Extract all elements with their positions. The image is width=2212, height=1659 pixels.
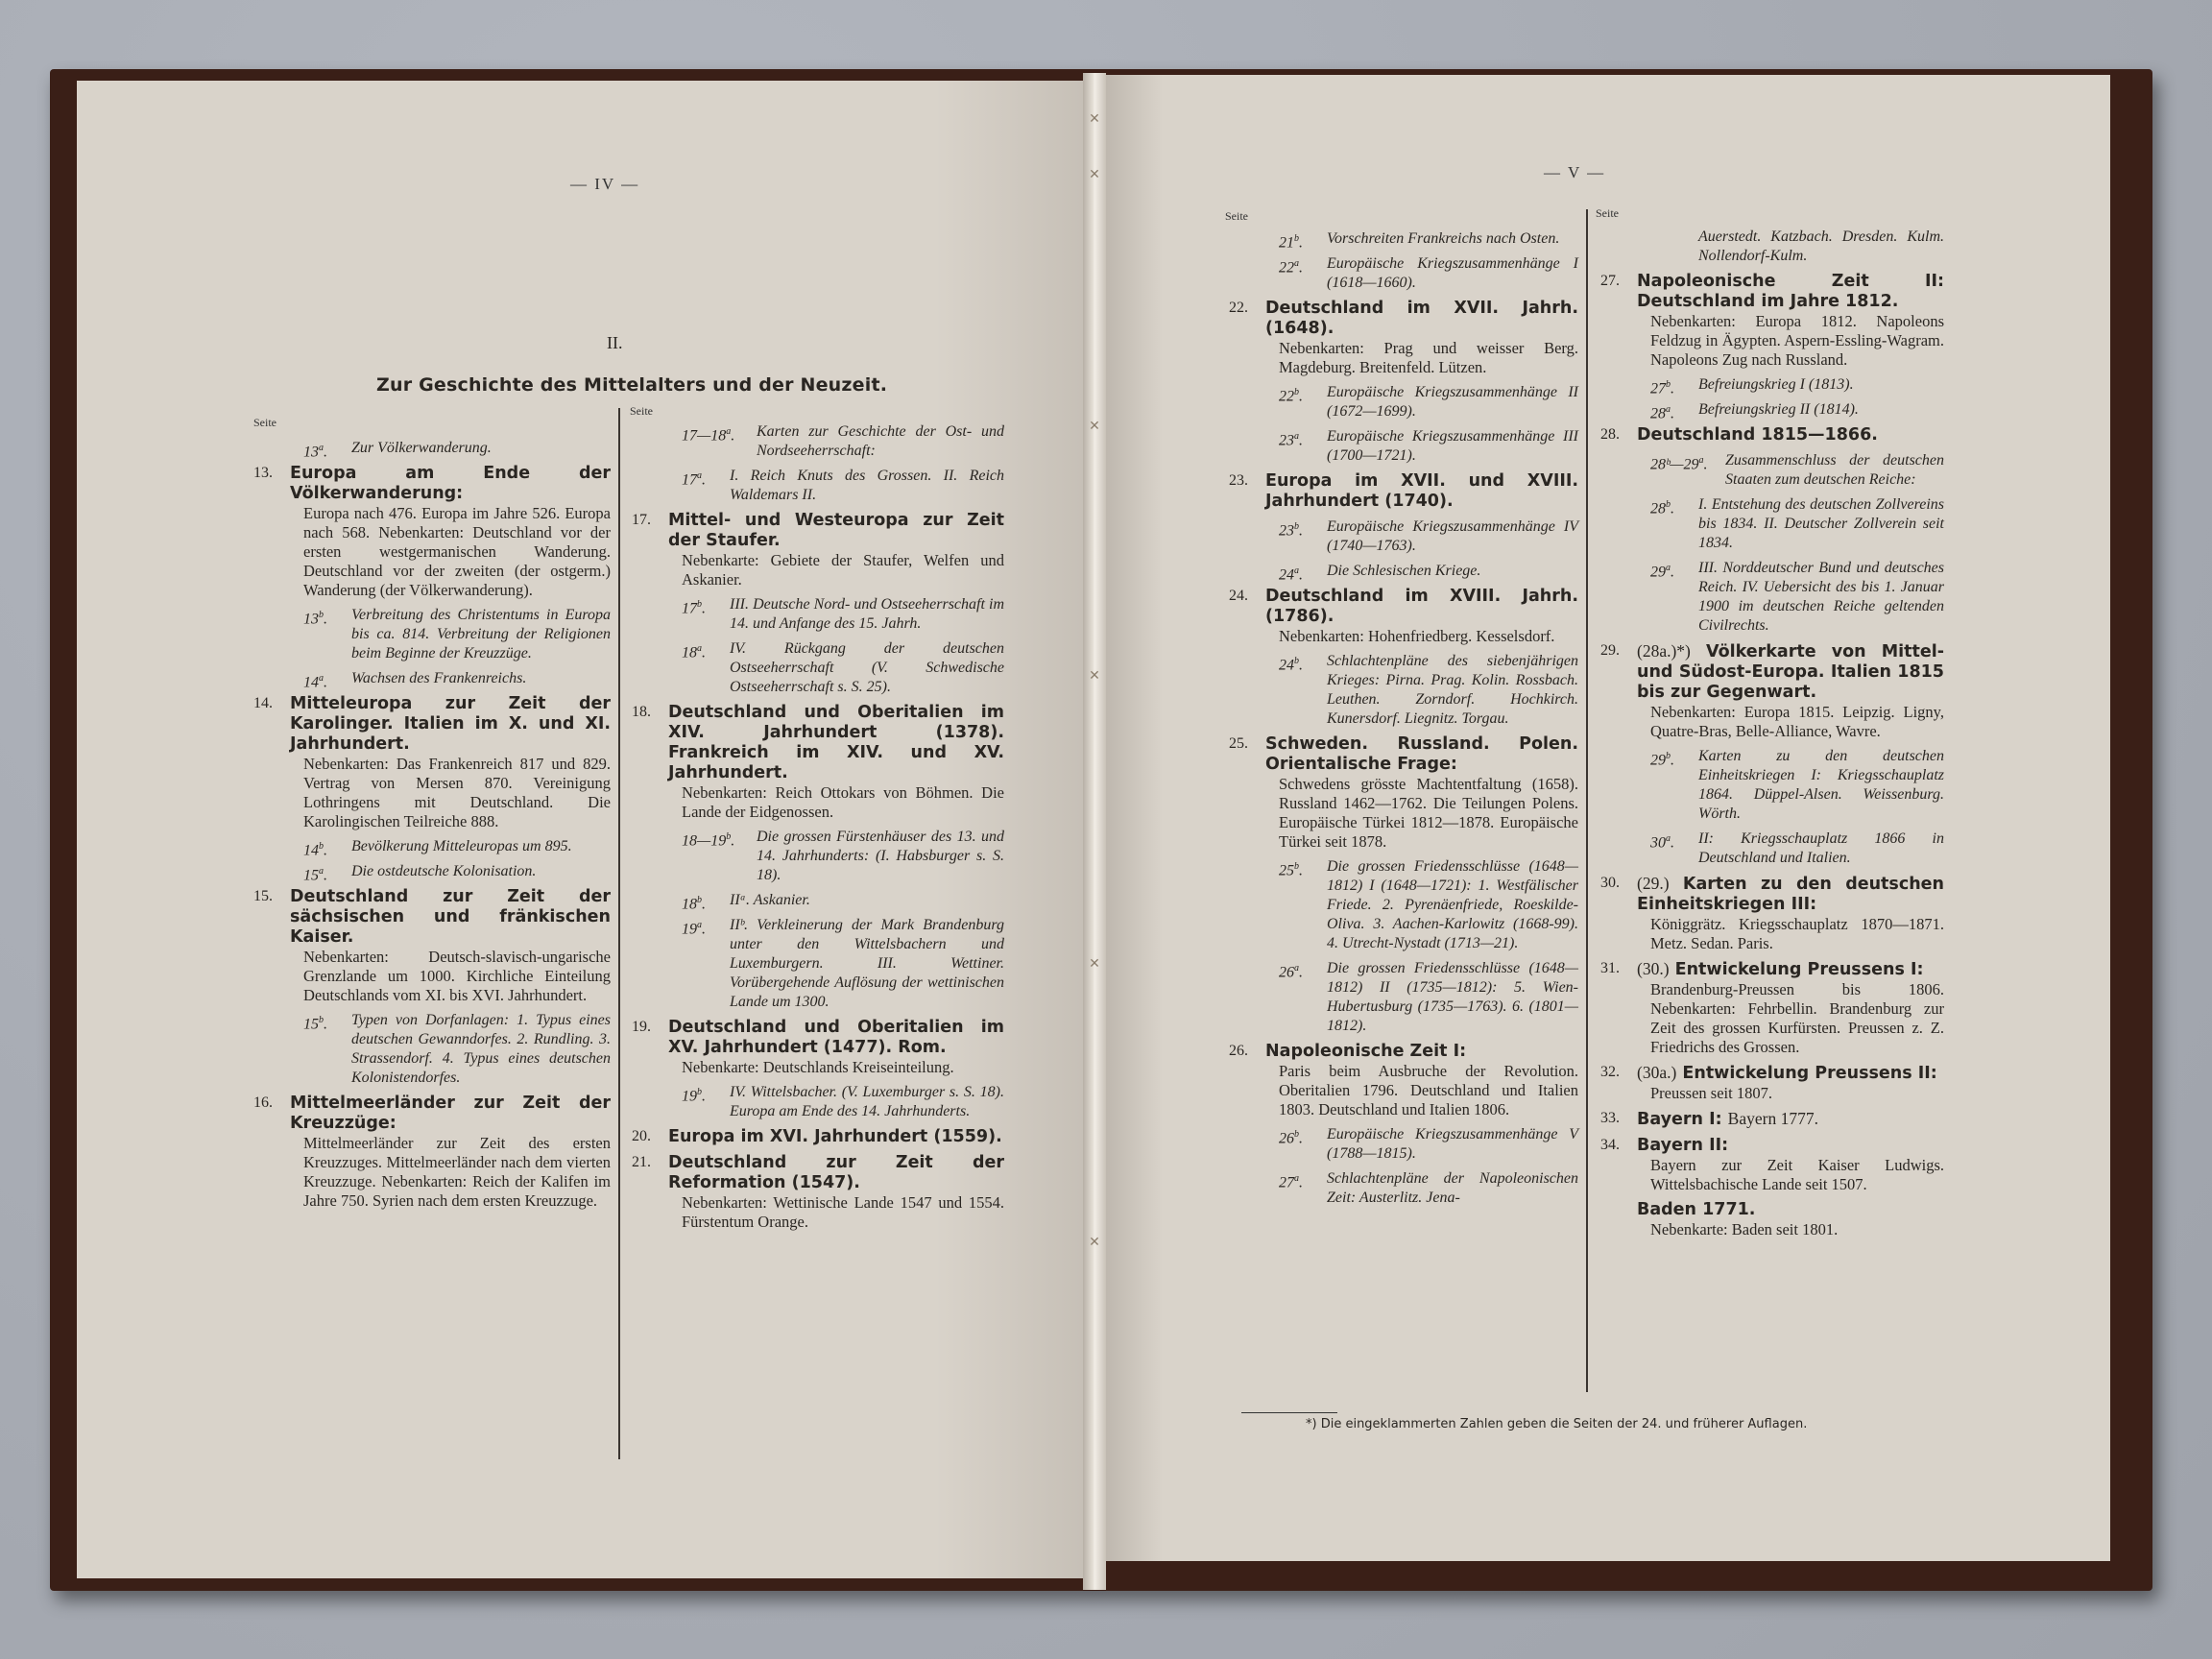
previous-edition-page: (30a.) bbox=[1637, 1063, 1676, 1082]
toc-entry: 26.Napoleonische Zeit I:Paris beim Ausbr… bbox=[1265, 1042, 1578, 1119]
entry-number: 25. bbox=[1229, 734, 1248, 754]
toc-sub-map: 28ᵇ—29a.Zusammenschluss der deutschen St… bbox=[1650, 451, 1944, 490]
map-ref: 17a. bbox=[682, 467, 706, 490]
map-description: Europäische Kriegszusammenhänge IV (1740… bbox=[1327, 518, 1578, 554]
toc-entry: 25.Schweden. Russland. Polen. Orientalis… bbox=[1265, 734, 1578, 852]
entry-title: Deutschland und Oberitalien im XV. Jahrh… bbox=[668, 1018, 1004, 1058]
binding-stitch-icon: ✕ bbox=[1089, 422, 1100, 432]
page-number-left: — IV — bbox=[570, 175, 639, 194]
entry-description: Nebenkarten: Europa 1815. Leipzig. Ligny… bbox=[1650, 703, 1944, 741]
toc-sub-map: 28a.Befreiungskrieg II (1814). bbox=[1650, 400, 1944, 420]
map-ref: 18—19b. bbox=[682, 828, 734, 851]
toc-sub-map: 19a.IIᵇ. Verkleinerung der Mark Brandenb… bbox=[682, 916, 1004, 1012]
entry-title: Europa im XVI. Jahrhundert (1559). bbox=[668, 1127, 1004, 1147]
map-ref: 24b. bbox=[1279, 652, 1303, 675]
toc-entry: 31.(30.) Entwickelung Preussens I:Brande… bbox=[1637, 959, 1944, 1057]
toc-column-right-2: Auerstedt. Katzbach. Dresden. Kulm. Noll… bbox=[1637, 226, 1944, 1245]
entry-number: 28. bbox=[1600, 425, 1620, 445]
entry-title: (30a.) Entwickelung Preussens II: bbox=[1637, 1063, 1944, 1084]
toc-sub-map: 24b.Schlachtenpläne des siebenjährigen K… bbox=[1279, 652, 1578, 729]
toc-sub-map: 29b.Karten zu den deutschen Einheitskrie… bbox=[1650, 747, 1944, 824]
map-description: Befreiungskrieg I (1813). bbox=[1698, 376, 1854, 393]
toc-entry: 29.(28a.)*) Völkerkarte von Mittel- und … bbox=[1637, 641, 1944, 741]
entry-title: Deutschland zur Zeit der Reformation (15… bbox=[668, 1153, 1004, 1193]
map-ref: 23b. bbox=[1279, 517, 1303, 541]
entry-title: Bayern I: Bayern 1777. bbox=[1637, 1109, 1944, 1130]
binding-stitch-icon: ✕ bbox=[1089, 115, 1100, 125]
map-ref: 30a. bbox=[1650, 829, 1674, 853]
map-ref: 24a. bbox=[1279, 562, 1303, 585]
map-ref: 26b. bbox=[1279, 1125, 1303, 1148]
toc-entry: 19.Deutschland und Oberitalien im XV. Ja… bbox=[668, 1018, 1004, 1077]
entry-title: Mittelmeerländer zur Zeit der Kreuzzüge: bbox=[290, 1094, 611, 1134]
map-description: Schlachtenpläne der Napoleonischen Zeit:… bbox=[1327, 1170, 1578, 1206]
map-ref: 22b. bbox=[1279, 383, 1303, 406]
map-ref: 15b. bbox=[303, 1011, 327, 1034]
map-description: III. Norddeutscher Bund und deutsches Re… bbox=[1698, 560, 1944, 634]
map-ref: 18a. bbox=[682, 639, 706, 662]
toc-sub-map: 26a.Die grossen Friedensschlüsse (1648—1… bbox=[1279, 959, 1578, 1036]
map-ref: 13b. bbox=[303, 606, 327, 629]
toc-sub-map: 22a.Europäische Kriegszusammenhänge I (1… bbox=[1279, 254, 1578, 293]
toc-sub-map: 21b.Vorschreiten Frankreichs nach Osten. bbox=[1279, 229, 1578, 249]
toc-entry: 23.Europa im XVII. und XVIII. Jahrhunder… bbox=[1265, 471, 1578, 512]
entry-description: Nebenkarten: Deutsch-slavisch-ungarische… bbox=[303, 948, 611, 1005]
entry-number: 14. bbox=[253, 694, 273, 713]
entry-number: 29. bbox=[1600, 641, 1620, 661]
toc-entry: 14.Mitteleuropa zur Zeit der Karolinger.… bbox=[290, 694, 611, 831]
entry-title: Bayern II: bbox=[1637, 1136, 1944, 1156]
seite-label: Seite bbox=[1225, 209, 1248, 224]
toc-sub-map: 15a.Die ostdeutsche Kolonisation. bbox=[303, 862, 611, 881]
map-description: Bevölkerung Mitteleuropas um 895. bbox=[351, 838, 572, 854]
entry-number: 15. bbox=[253, 887, 273, 906]
entry-title: Europa am Ende der Völkerwanderung: bbox=[290, 464, 611, 504]
map-description: Die grossen Friedensschlüsse (1648—1812)… bbox=[1327, 960, 1578, 1034]
map-description: Europäische Kriegszusammenhänge II (1672… bbox=[1327, 384, 1578, 420]
page-number-right: — V — bbox=[1544, 163, 1605, 182]
entry-number: 33. bbox=[1600, 1109, 1620, 1128]
map-description: Europäische Kriegszusammenhänge V (1788—… bbox=[1327, 1126, 1578, 1162]
toc-entry: 24.Deutschland im XVIII. Jahrh. (1786).N… bbox=[1265, 587, 1578, 646]
entry-description: Paris beim Ausbruche der Revolution. Obe… bbox=[1279, 1062, 1578, 1119]
entry-title: Deutschland 1815—1866. bbox=[1637, 425, 1944, 445]
toc-sub-map: 27b.Befreiungskrieg I (1813). bbox=[1650, 375, 1944, 395]
map-description: IV. Rückgang der deutschen Ostseeherrsch… bbox=[730, 640, 1004, 695]
previous-edition-page: (28a.)*) bbox=[1637, 641, 1691, 661]
entry-description: Bayern zur Zeit Kaiser Ludwigs. Wittelsb… bbox=[1650, 1156, 1944, 1194]
entry-description: Nebenkarten: Das Frankenreich 817 und 82… bbox=[303, 755, 611, 831]
toc-column-left-1: 13a.Zur Völkerwanderung.13.Europa am End… bbox=[290, 437, 611, 1216]
map-description: Auerstedt. Katzbach. Dresden. Kulm. Noll… bbox=[1698, 228, 1944, 264]
entry-title: Napoleonische Zeit II: Deutschland im Ja… bbox=[1637, 272, 1944, 312]
entry-description: Schwedens grösste Machtentfaltung (1658)… bbox=[1279, 775, 1578, 852]
entry-number: 21. bbox=[632, 1153, 651, 1172]
map-description: Karten zu den deutschen Einheitskriegen … bbox=[1698, 748, 1944, 822]
toc-sub-map: 18a.IV. Rückgang der deutschen Ostseeher… bbox=[682, 639, 1004, 697]
map-ref: 28b. bbox=[1650, 495, 1674, 518]
map-description: Die Schlesischen Kriege. bbox=[1327, 563, 1480, 579]
entry-title: Europa im XVII. und XVIII. Jahrhundert (… bbox=[1265, 471, 1578, 512]
seite-label: Seite bbox=[253, 416, 276, 430]
previous-edition-page: (30.) bbox=[1637, 959, 1670, 978]
entry-number: 27. bbox=[1600, 272, 1620, 291]
toc-column-left-2: 17—18a.Karten zur Geschichte der Ost- un… bbox=[668, 421, 1004, 1238]
entry-number: 32. bbox=[1600, 1063, 1620, 1082]
map-ref: 22a. bbox=[1279, 254, 1303, 277]
entry-description: Mittelmeerländer zur Zeit des ersten Kre… bbox=[303, 1134, 611, 1211]
map-ref: 29a. bbox=[1650, 559, 1674, 582]
entry-number: 20. bbox=[632, 1127, 651, 1146]
entry-title: Baden 1771. bbox=[1637, 1200, 1944, 1220]
map-ref: 14a. bbox=[303, 669, 327, 692]
entry-title: (29.) Karten zu den deutschen Einheitskr… bbox=[1637, 874, 1944, 915]
toc-entry: 18.Deutschland und Oberitalien im XIV. J… bbox=[668, 703, 1004, 822]
map-ref: 26a. bbox=[1279, 959, 1303, 982]
map-ref: 18b. bbox=[682, 891, 706, 914]
map-description: Europäische Kriegszusammenhänge I (1618—… bbox=[1327, 255, 1578, 291]
section-number: II. bbox=[607, 333, 623, 353]
binding-stitch-icon: ✕ bbox=[1089, 960, 1100, 970]
map-description: IV. Wittelsbacher. (V. Luxemburger s. S.… bbox=[730, 1084, 1004, 1119]
entry-title: Napoleonische Zeit I: bbox=[1265, 1042, 1578, 1062]
toc-entry: 17.Mittel- und Westeuropa zur Zeit der S… bbox=[668, 511, 1004, 589]
section-title: Zur Geschichte des Mittelalters und der … bbox=[376, 374, 887, 396]
map-ref: 28ᵇ—29a. bbox=[1650, 451, 1708, 474]
map-description: Karten zur Geschichte der Ost- und Nords… bbox=[757, 423, 1004, 459]
entry-title: (28a.)*) Völkerkarte von Mittel- und Süd… bbox=[1637, 641, 1944, 703]
entry-number: 24. bbox=[1229, 587, 1248, 606]
entry-number: 13. bbox=[253, 464, 273, 483]
map-description: Die grossen Friedensschlüsse (1648—1812)… bbox=[1327, 858, 1578, 951]
entry-title: Deutschland zur Zeit der sächsischen und… bbox=[290, 887, 611, 948]
map-description: I. Reich Knuts des Grossen. II. Reich Wa… bbox=[730, 468, 1004, 503]
column-divider bbox=[618, 408, 620, 1459]
map-description: IIᵇ. Verkleinerung der Mark Brandenburg … bbox=[730, 917, 1004, 1010]
entry-number: 31. bbox=[1600, 959, 1620, 978]
entry-title: Deutschland im XVII. Jahrh. (1648). bbox=[1265, 299, 1578, 339]
map-description: Die grossen Fürstenhäuser des 13. und 14… bbox=[757, 829, 1004, 883]
toc-sub-map: 13b.Verbreitung des Christentums in Euro… bbox=[303, 606, 611, 663]
map-ref: 21b. bbox=[1279, 229, 1303, 252]
map-ref: 25b. bbox=[1279, 857, 1303, 880]
seite-label: Seite bbox=[1596, 206, 1619, 221]
map-description: Schlachtenpläne des siebenjährigen Krieg… bbox=[1327, 653, 1578, 727]
toc-entry: 13.Europa am Ende der Völkerwanderung:Eu… bbox=[290, 464, 611, 600]
toc-entry: 32.(30a.) Entwickelung Preussens II:Preu… bbox=[1637, 1063, 1944, 1103]
entry-number: 18. bbox=[632, 703, 651, 722]
entry-number: 26. bbox=[1229, 1042, 1248, 1061]
binding-stitch-icon: ✕ bbox=[1089, 1238, 1100, 1248]
seite-label: Seite bbox=[630, 404, 653, 419]
entry-description: Brandenburg-Preussen bis 1806. Nebenkart… bbox=[1650, 980, 1944, 1057]
toc-entry: 22.Deutschland im XVII. Jahrh. (1648).Ne… bbox=[1265, 299, 1578, 377]
toc-entry: Baden 1771.Nebenkarte: Baden seit 1801. bbox=[1637, 1200, 1944, 1239]
toc-entry: 20.Europa im XVI. Jahrhundert (1559). bbox=[668, 1127, 1004, 1147]
toc-sub-map: 14b.Bevölkerung Mitteleuropas um 895. bbox=[303, 837, 611, 856]
entry-number: 30. bbox=[1600, 874, 1620, 893]
entry-description: Königgrätz. Kriegsschauplatz 1870—1871. … bbox=[1650, 915, 1944, 953]
entry-number: 22. bbox=[1229, 299, 1248, 318]
binding-stitch-icon: ✕ bbox=[1089, 171, 1100, 180]
footnote: *) Die eingeklammerten Zahlen geben die … bbox=[1306, 1417, 1807, 1431]
map-ref: 14b. bbox=[303, 837, 327, 860]
entry-number: 19. bbox=[632, 1018, 651, 1037]
toc-entry: 34.Bayern II:Bayern zur Zeit Kaiser Ludw… bbox=[1637, 1136, 1944, 1194]
map-ref: 28a. bbox=[1650, 400, 1674, 423]
entry-description: Nebenkarten: Europa 1812. Napoleons Feld… bbox=[1650, 312, 1944, 370]
toc-sub-map: 23b.Europäische Kriegszusammenhänge IV (… bbox=[1279, 517, 1578, 556]
toc-sub-map: 14a.Wachsen des Frankenreichs. bbox=[303, 669, 611, 688]
toc-sub-map: 28b.I. Entstehung des deutschen Zollvere… bbox=[1650, 495, 1944, 553]
entry-description: Preussen seit 1807. bbox=[1650, 1084, 1944, 1103]
entry-description: Nebenkarten: Wettinische Lande 1547 und … bbox=[682, 1193, 1004, 1232]
entry-description: Nebenkarten: Reich Ottokars von Böhmen. … bbox=[682, 783, 1004, 822]
map-description: Zusammenschluss der deutschen Staaten zu… bbox=[1725, 452, 1944, 488]
map-ref: 23a. bbox=[1279, 427, 1303, 450]
map-description: Verbreitung des Christentums in Europa b… bbox=[351, 607, 611, 661]
map-ref: 15a. bbox=[303, 862, 327, 885]
toc-sub-map: 15b.Typen von Dorfanlagen: 1. Typus eine… bbox=[303, 1011, 611, 1088]
toc-sub-map: 30a.II: Kriegsschauplatz 1866 in Deutsch… bbox=[1650, 829, 1944, 868]
right-page bbox=[1102, 75, 2110, 1561]
toc-sub-map: 18b.IIᵃ. Askanier. bbox=[682, 891, 1004, 910]
map-description: IIᵃ. Askanier. bbox=[730, 892, 810, 908]
toc-entry: 27.Napoleonische Zeit II: Deutschland im… bbox=[1637, 272, 1944, 370]
map-ref: 13a. bbox=[303, 439, 327, 462]
map-description: III. Deutsche Nord- und Ostseeherrschaft… bbox=[730, 596, 1004, 632]
toc-entry: 33.Bayern I: Bayern 1777. bbox=[1637, 1109, 1944, 1130]
entry-description: Nebenkarten: Hohenfriedberg. Kesselsdorf… bbox=[1279, 627, 1578, 646]
entry-title: (30.) Entwickelung Preussens I: bbox=[1637, 959, 1944, 980]
entry-number: 16. bbox=[253, 1094, 273, 1113]
toc-sub-map: 27a.Schlachtenpläne der Napoleonischen Z… bbox=[1279, 1169, 1578, 1208]
map-description: Die ostdeutsche Kolonisation. bbox=[351, 863, 536, 879]
book-gutter bbox=[1083, 73, 1106, 1590]
map-description: I. Entstehung des deutschen Zollvereins … bbox=[1698, 496, 1944, 551]
map-ref: 29b. bbox=[1650, 747, 1674, 770]
map-ref: 19a. bbox=[682, 916, 706, 939]
toc-sub-map: 17a.I. Reich Knuts des Grossen. II. Reic… bbox=[682, 467, 1004, 505]
binding-stitch-icon: ✕ bbox=[1089, 672, 1100, 682]
entry-description: Nebenkarte: Gebiete der Staufer, Welfen … bbox=[682, 551, 1004, 589]
entry-title: Deutschland im XVIII. Jahrh. (1786). bbox=[1265, 587, 1578, 627]
toc-sub-map: 25b.Die grossen Friedensschlüsse (1648—1… bbox=[1279, 857, 1578, 953]
toc-sub-map: Auerstedt. Katzbach. Dresden. Kulm. Noll… bbox=[1650, 228, 1944, 266]
map-description: Wachsen des Frankenreichs. bbox=[351, 670, 526, 686]
entry-description: Nebenkarte: Baden seit 1801. bbox=[1650, 1220, 1944, 1239]
entry-title: Schweden. Russland. Polen. Orientalische… bbox=[1265, 734, 1578, 775]
toc-sub-map: 17—18a.Karten zur Geschichte der Ost- un… bbox=[682, 422, 1004, 461]
map-description: II: Kriegsschauplatz 1866 in Deutschland… bbox=[1698, 830, 1944, 866]
entry-title: Mitteleuropa zur Zeit der Karolinger. It… bbox=[290, 694, 611, 755]
map-description: Europäische Kriegszusammenhänge III (170… bbox=[1327, 428, 1578, 464]
entry-description: Europa nach 476. Europa im Jahre 526. Eu… bbox=[303, 504, 611, 600]
toc-entry: 21.Deutschland zur Zeit der Reformation … bbox=[668, 1153, 1004, 1232]
toc-sub-map: 22b.Europäische Kriegszusammenhänge II (… bbox=[1279, 383, 1578, 421]
map-ref: 27a. bbox=[1279, 1169, 1303, 1192]
toc-sub-map: 24a.Die Schlesischen Kriege. bbox=[1279, 562, 1578, 581]
toc-sub-map: 13a.Zur Völkerwanderung. bbox=[303, 439, 611, 458]
toc-sub-map: 19b.IV. Wittelsbacher. (V. Luxemburger s… bbox=[682, 1083, 1004, 1121]
toc-entry: 15.Deutschland zur Zeit der sächsischen … bbox=[290, 887, 611, 1005]
map-ref: 27b. bbox=[1650, 375, 1674, 398]
map-ref: 17b. bbox=[682, 595, 706, 618]
map-ref: 19b. bbox=[682, 1083, 706, 1106]
toc-sub-map: 18—19b.Die grossen Fürstenhäuser des 13.… bbox=[682, 828, 1004, 885]
previous-edition-page: (29.) bbox=[1637, 874, 1670, 893]
entry-number: 23. bbox=[1229, 471, 1248, 491]
entry-number: 17. bbox=[632, 511, 651, 530]
toc-column-right-1: 21b.Vorschreiten Frankreichs nach Osten.… bbox=[1265, 228, 1578, 1214]
toc-entry: 16.Mittelmeerländer zur Zeit der Kreuzzü… bbox=[290, 1094, 611, 1211]
toc-sub-map: 26b.Europäische Kriegszusammenhänge V (1… bbox=[1279, 1125, 1578, 1164]
entry-title: Mittel- und Westeuropa zur Zeit der Stau… bbox=[668, 511, 1004, 551]
entry-title: Deutschland und Oberitalien im XIV. Jahr… bbox=[668, 703, 1004, 783]
footnote-rule bbox=[1241, 1412, 1337, 1413]
toc-sub-map: 17b.III. Deutsche Nord- und Ostseeherrsc… bbox=[682, 595, 1004, 634]
map-ref: 17—18a. bbox=[682, 422, 734, 445]
toc-entry: 30.(29.) Karten zu den deutschen Einheit… bbox=[1637, 874, 1944, 953]
toc-sub-map: 23a.Europäische Kriegszusammenhänge III … bbox=[1279, 427, 1578, 466]
map-description: Zur Völkerwanderung. bbox=[351, 440, 492, 456]
entry-description: Nebenkarten: Prag und weisser Berg. Magd… bbox=[1279, 339, 1578, 377]
toc-entry: 28.Deutschland 1815—1866. bbox=[1637, 425, 1944, 445]
toc-sub-map: 29a.III. Norddeutscher Bund und deutsche… bbox=[1650, 559, 1944, 636]
map-description: Vorschreiten Frankreichs nach Osten. bbox=[1327, 230, 1559, 247]
map-description: Befreiungskrieg II (1814). bbox=[1698, 401, 1859, 418]
map-description: Typen von Dorfanlagen: 1. Typus eines de… bbox=[351, 1012, 611, 1086]
column-divider bbox=[1586, 209, 1588, 1392]
entry-description: Nebenkarte: Deutschlands Kreiseinteilung… bbox=[682, 1058, 1004, 1077]
entry-number: 34. bbox=[1600, 1136, 1620, 1155]
